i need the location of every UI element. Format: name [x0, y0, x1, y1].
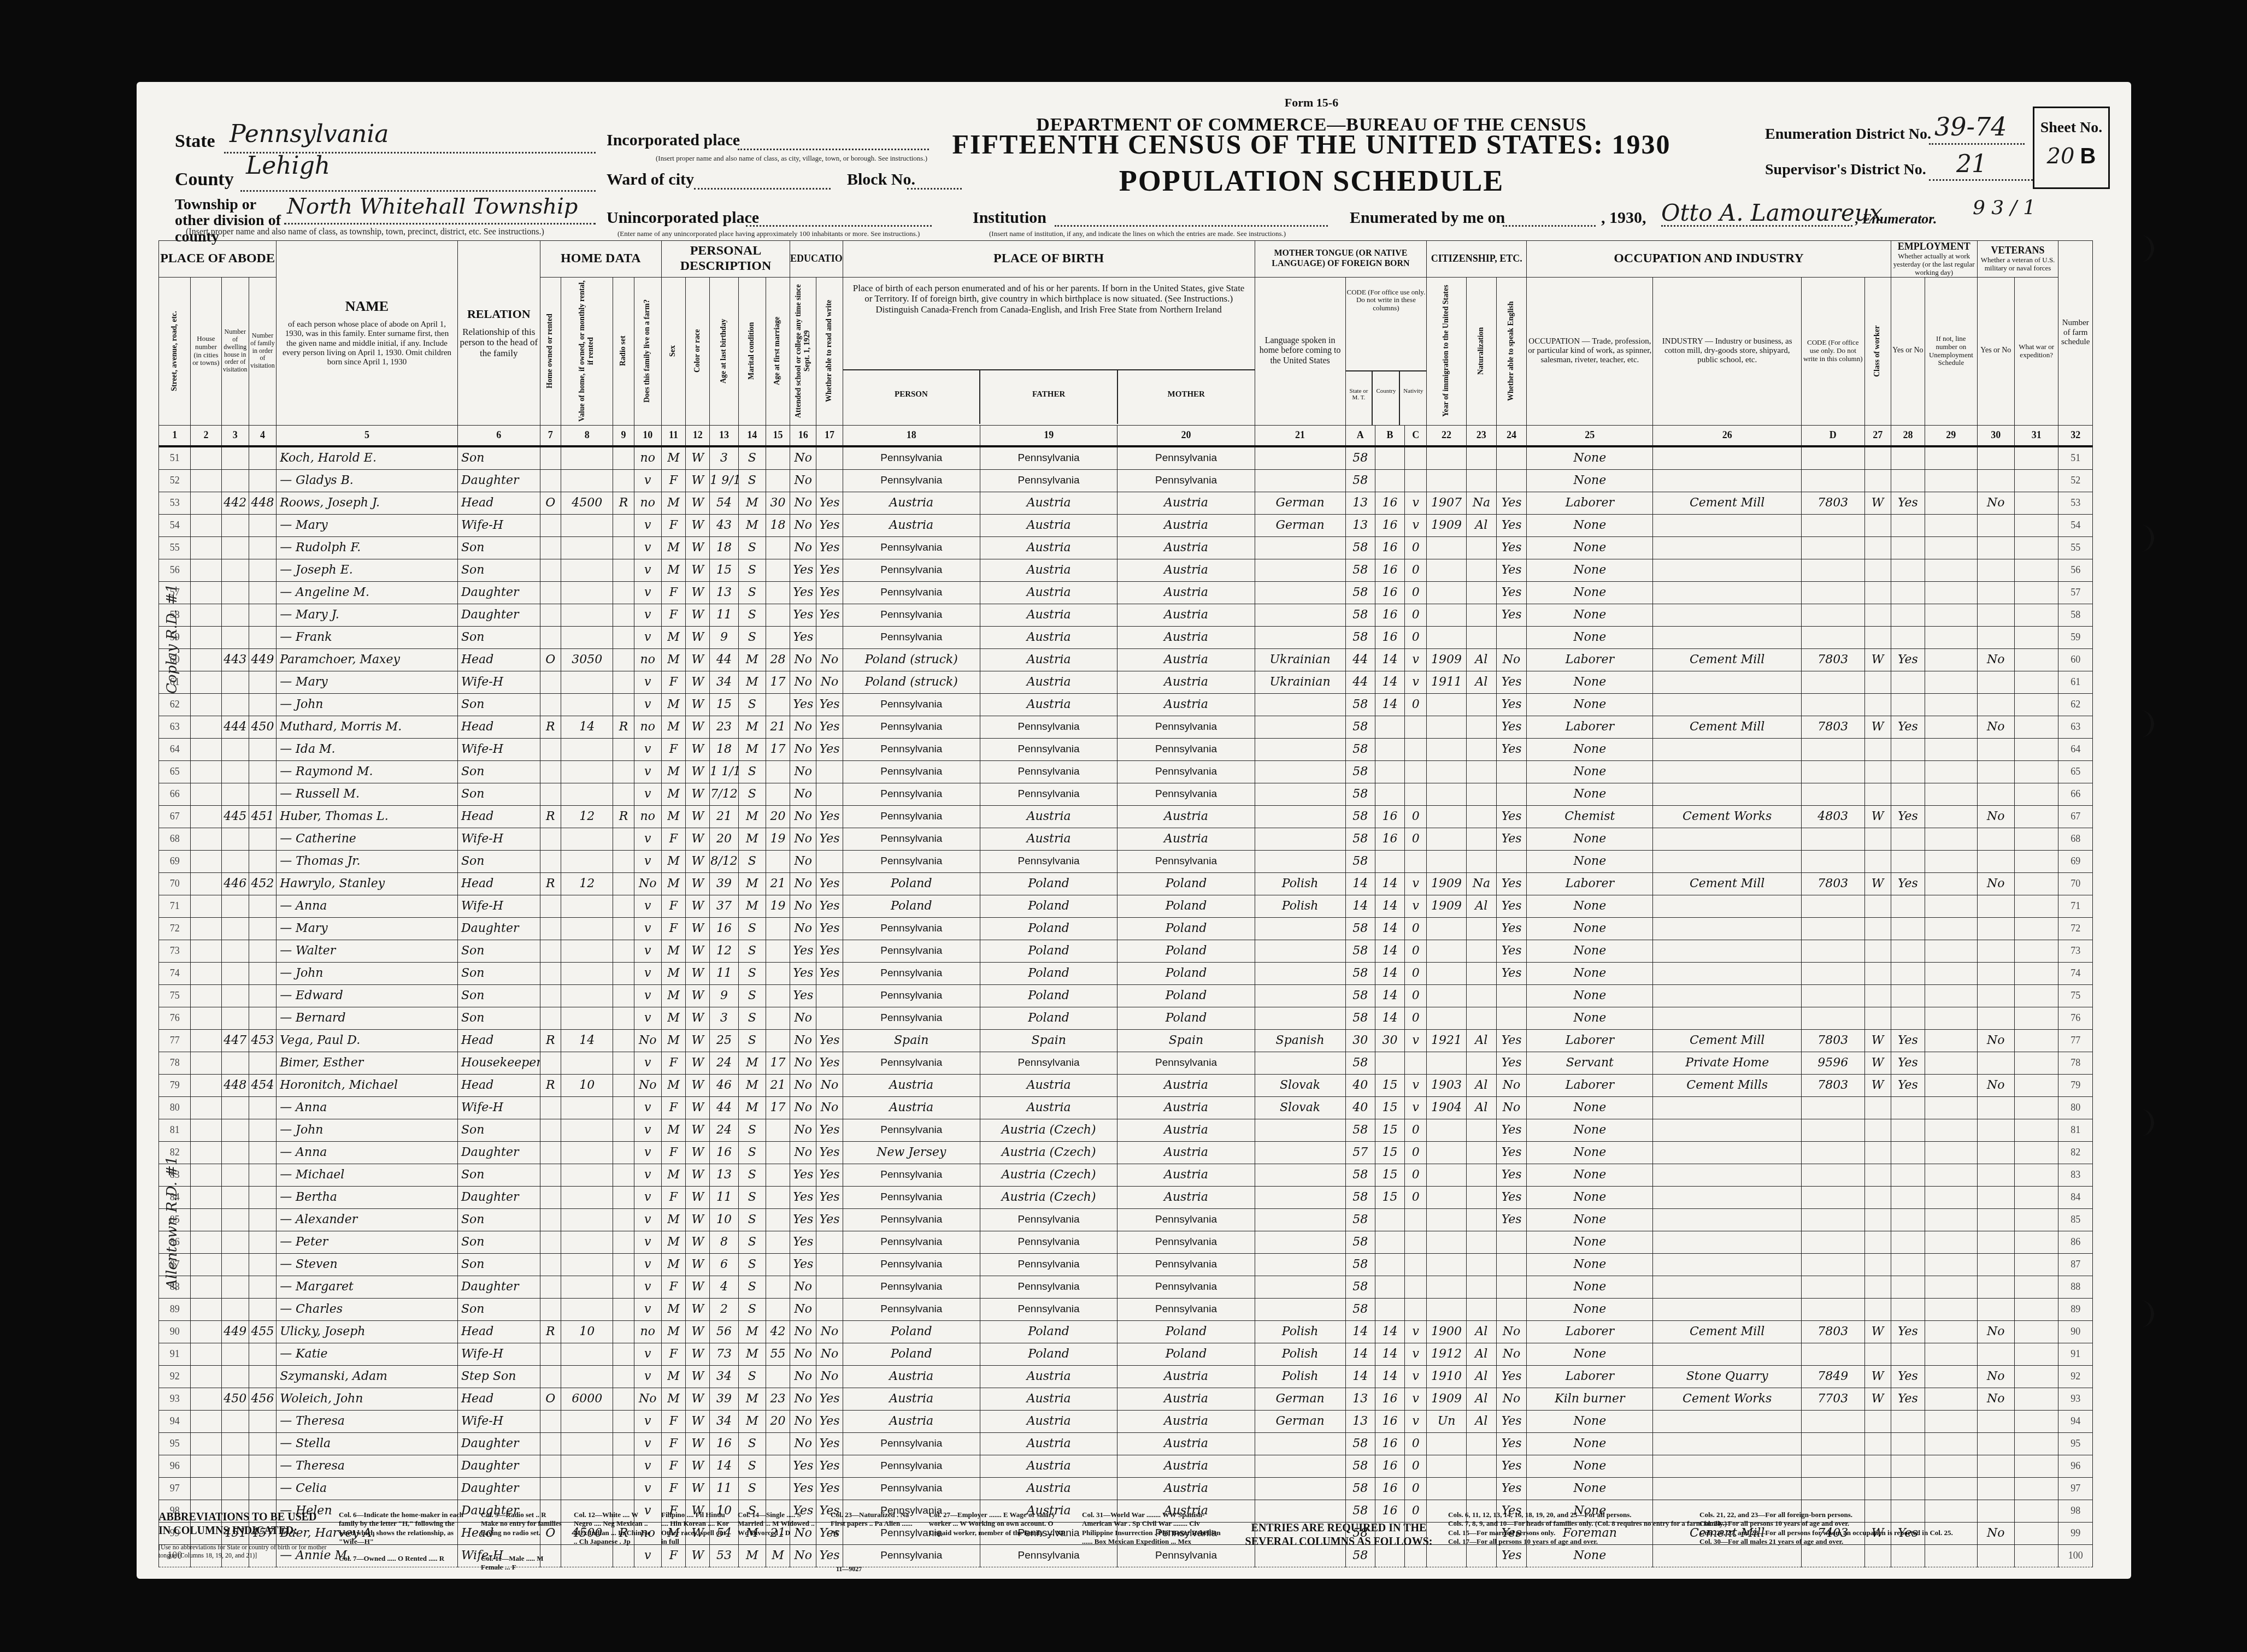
cell-agem: 20	[766, 805, 790, 828]
cell-imm	[1427, 446, 1466, 470]
entries-title: ENTRIES ARE REQUIRED IN THE SEVERAL COLU…	[1240, 1521, 1437, 1549]
cell-ind: Cement Mill	[1653, 492, 1801, 514]
cell-bpf: Austria	[980, 1074, 1117, 1096]
cell-agem	[766, 984, 790, 1007]
cell-war	[2014, 917, 2058, 940]
cell-dw	[221, 604, 249, 626]
cell-eng	[1496, 1007, 1526, 1029]
cell-name: — Celia	[277, 1477, 458, 1500]
cell-bpm: Austria	[1117, 1432, 1255, 1455]
cell-lang	[1255, 962, 1345, 984]
cell-own	[540, 1208, 561, 1231]
cell-nat	[1466, 1477, 1496, 1500]
column-number: A	[1345, 425, 1375, 446]
cell-mar: M	[738, 1074, 766, 1096]
cell-code	[1801, 783, 1864, 805]
cell-bp: Pennsylvania	[843, 850, 980, 872]
cell-imm	[1427, 1007, 1466, 1029]
cell-nat	[1466, 828, 1496, 850]
cell-street	[191, 559, 221, 581]
header-c10: Does this family live on a farm?	[634, 277, 661, 425]
cell-age: 43	[710, 514, 738, 536]
cell-street	[191, 1365, 221, 1388]
cell-cls	[1864, 1432, 1891, 1455]
cell-dw	[221, 895, 249, 917]
cell-farm: v	[634, 604, 661, 626]
cell-ind	[1653, 514, 1801, 536]
cell-unemp	[1925, 962, 1978, 984]
table-row: 87— StevenSonvMW6SYesPennsylvaniaPennsyl…	[159, 1253, 2093, 1276]
cell-ind	[1653, 693, 1801, 716]
cell-age: 11	[710, 1186, 738, 1208]
cell-farm: no	[634, 805, 661, 828]
table-row: 51Koch, Harold E.SonnoMW3SNoPennsylvania…	[159, 446, 2093, 470]
cell-bpf: Poland	[980, 1320, 1117, 1343]
cell-name: — Peter	[277, 1231, 458, 1253]
cell-code	[1801, 738, 1864, 760]
cell-c: 0	[1405, 984, 1427, 1007]
cell-dw	[221, 1298, 249, 1320]
cell-bpf: Austria	[980, 581, 1117, 604]
cell-cls: W	[1864, 1320, 1891, 1343]
header-c20: MOTHER	[1118, 370, 1255, 424]
cell-street	[191, 984, 221, 1007]
cell-mar: S	[738, 581, 766, 604]
cell-code	[1801, 1343, 1864, 1365]
cell-val	[561, 1164, 613, 1186]
cell-race: W	[686, 446, 710, 470]
cell-dw	[221, 1096, 249, 1119]
cell-line: 93	[159, 1388, 191, 1410]
abbr-col7: Col. 7—Owned ..... O Rented ..... R	[339, 1554, 470, 1563]
cell-sex: F	[661, 917, 685, 940]
cell-lang: Spanish	[1255, 1029, 1345, 1052]
cell-agem: 17	[766, 1052, 790, 1074]
cell-age: 73	[710, 1343, 738, 1365]
cell-unemp	[1925, 446, 1978, 470]
cell-lineR: 69	[2058, 850, 2093, 872]
cell-war	[2014, 1253, 2058, 1276]
cell-vet	[1977, 1186, 2014, 1208]
cell-bp: Pennsylvania	[843, 1298, 980, 1320]
cell-unemp	[1925, 984, 1978, 1007]
table-row: 75— EdwardSonvMW9SYesPennsylvaniaPolandP…	[159, 984, 2093, 1007]
cell-eng: Yes	[1496, 738, 1526, 760]
cell-b	[1375, 783, 1404, 805]
cell-rw: Yes	[816, 559, 843, 581]
cell-own	[540, 1231, 561, 1253]
cell-war	[2014, 446, 2058, 470]
cell-street	[191, 469, 221, 492]
cell-sex: M	[661, 1298, 685, 1320]
cell-age: 8/12	[710, 850, 738, 872]
cell-bpf: Austria (Czech)	[980, 1119, 1117, 1141]
cell-work	[1891, 1119, 1925, 1141]
cell-war	[2014, 984, 2058, 1007]
cell-unemp	[1925, 1141, 1978, 1164]
cell-fam	[249, 514, 276, 536]
cell-street	[191, 917, 221, 940]
cell-name: — Angeline M.	[277, 581, 458, 604]
cell-vet	[1977, 536, 2014, 559]
cell-unemp	[1925, 1298, 1978, 1320]
cell-lineR: 91	[2058, 1343, 2093, 1365]
cell-radio	[613, 469, 634, 492]
cell-c: 0	[1405, 828, 1427, 850]
cell-fam	[249, 1477, 276, 1500]
cell-occ: None	[1527, 626, 1653, 648]
cell-bpf: Poland	[980, 872, 1117, 895]
cell-own	[540, 1007, 561, 1029]
cell-sch: No	[790, 1410, 816, 1432]
cell-cls	[1864, 581, 1891, 604]
cell-rel: Son	[457, 446, 540, 470]
cell-rw: Yes	[816, 1164, 843, 1186]
cell-ind	[1653, 1410, 1801, 1432]
cell-radio	[613, 872, 634, 895]
cell-radio	[613, 693, 634, 716]
cell-own	[540, 446, 561, 470]
cell-mar: S	[738, 626, 766, 648]
cell-street	[191, 581, 221, 604]
cell-bpf: Pennsylvania	[980, 760, 1117, 783]
cell-occ: None	[1527, 1253, 1653, 1276]
cell-bpm: Pennsylvania	[1117, 1253, 1255, 1276]
cell-vet	[1977, 1477, 2014, 1500]
cell-race: W	[686, 492, 710, 514]
cell-bpf: Austria	[980, 536, 1117, 559]
cell-c	[1405, 1253, 1427, 1276]
cell-name: — John	[277, 962, 458, 984]
cell-eng	[1496, 1253, 1526, 1276]
cell-bpf: Austria	[980, 1388, 1117, 1410]
cell-farm: v	[634, 1141, 661, 1164]
cell-race: W	[686, 738, 710, 760]
cell-b: 16	[1375, 1477, 1404, 1500]
cell-lineR: 54	[2058, 514, 2093, 536]
cell-war	[2014, 783, 2058, 805]
cell-ind: Cement Mill	[1653, 1029, 1801, 1052]
group-veterans: VETERANSWhether a veteran of U.S. milita…	[1977, 241, 2058, 278]
cell-radio: R	[613, 805, 634, 828]
cell-farm: v	[634, 514, 661, 536]
cell-mar: M	[738, 1320, 766, 1343]
cell-dw	[221, 1276, 249, 1298]
cell-nat	[1466, 1276, 1496, 1298]
cell-sex: F	[661, 1052, 685, 1074]
cell-sex: F	[661, 1410, 685, 1432]
cell-bpf: Austria	[980, 648, 1117, 671]
cell-unemp	[1925, 783, 1978, 805]
cell-occ: None	[1527, 1432, 1653, 1455]
cell-agem: 21	[766, 1074, 790, 1096]
cell-name: — Edward	[277, 984, 458, 1007]
cell-dw	[221, 1007, 249, 1029]
cell-work	[1891, 828, 1925, 850]
table-row: 71— AnnaWife-HvFW37M19NoYesPolandPolandP…	[159, 895, 2093, 917]
cell-street	[191, 1388, 221, 1410]
cell-ind: Cement Works	[1653, 805, 1801, 828]
cell-rel: Wife-H	[457, 1343, 540, 1365]
cell-ind: Private Home	[1653, 1052, 1801, 1074]
cell-name: Koch, Harold E.	[277, 446, 458, 470]
cell-rw: Yes	[816, 1455, 843, 1477]
cell-rw: No	[816, 1096, 843, 1119]
cell-val: 4500	[561, 492, 613, 514]
header-cC: Nativity	[1400, 371, 1426, 425]
cell-fam	[249, 760, 276, 783]
cell-cls	[1864, 469, 1891, 492]
cell-mar: S	[738, 962, 766, 984]
cell-vet: No	[1977, 1320, 2014, 1343]
cell-radio	[613, 514, 634, 536]
cell-a: 58	[1345, 940, 1375, 962]
cell-dw	[221, 917, 249, 940]
cell-eng: Yes	[1496, 559, 1526, 581]
cell-own	[540, 1455, 561, 1477]
cell-fam: 453	[249, 1029, 276, 1052]
header-c4: Number of family in order of visitation	[249, 277, 276, 425]
cell-line: 97	[159, 1477, 191, 1500]
cell-imm	[1427, 1164, 1466, 1186]
entries-list-1: Cols. 6, 11, 12, 13, 14, 16, 18, 19, 20,…	[1448, 1511, 1689, 1546]
cell-name: Horonitch, Michael	[277, 1074, 458, 1096]
cell-work	[1891, 1432, 1925, 1455]
cell-code	[1801, 446, 1864, 470]
cell-val	[561, 693, 613, 716]
cell-race: W	[686, 1186, 710, 1208]
cell-name: — Mary	[277, 917, 458, 940]
column-number: 25	[1527, 425, 1653, 446]
cell-a: 58	[1345, 1007, 1375, 1029]
institution-hint: (Insert name of institution, if any, and…	[989, 229, 1286, 238]
cell-lineR: 83	[2058, 1164, 2093, 1186]
cell-rel: Wife-H	[457, 1410, 540, 1432]
cell-farm: v	[634, 581, 661, 604]
cell-fam	[249, 1343, 276, 1365]
cell-name: — Anna	[277, 1096, 458, 1119]
cell-age: 1 1/12	[710, 760, 738, 783]
cell-farm: v	[634, 738, 661, 760]
cell-bpm: Austria	[1117, 1141, 1255, 1164]
sheet-label: Sheet No.	[2034, 119, 2108, 137]
cell-occ: None	[1527, 469, 1653, 492]
cell-rw	[816, 760, 843, 783]
cell-sch: No	[790, 1141, 816, 1164]
cell-agem: 20	[766, 1410, 790, 1432]
cell-unemp	[1925, 559, 1978, 581]
cell-cls	[1864, 1208, 1891, 1231]
cell-c: v	[1405, 514, 1427, 536]
census-sheet: State Pennsylvania County Lehigh Townshi…	[137, 82, 2131, 1579]
cell-lang: German	[1255, 514, 1345, 536]
cell-sex: M	[661, 1029, 685, 1052]
cell-nat	[1466, 940, 1496, 962]
cell-nat	[1466, 984, 1496, 1007]
cell-street	[191, 805, 221, 828]
cell-lineR: 56	[2058, 559, 2093, 581]
column-number-row: 123456789101112131415161718192021ABC2223…	[159, 425, 2093, 446]
cell-bpm: Austria	[1117, 492, 1255, 514]
table-row: 82— AnnaDaughtervFW16SNoYesNew JerseyAus…	[159, 1141, 2093, 1164]
cell-cls: W	[1864, 1388, 1891, 1410]
cell-occ: Laborer	[1527, 492, 1653, 514]
cell-line: 58	[159, 604, 191, 626]
cell-own	[540, 581, 561, 604]
cell-race: W	[686, 760, 710, 783]
table-row: 60443449Paramchoer, MaxeyHeadO3050noMW44…	[159, 648, 2093, 671]
column-number: 3	[221, 425, 249, 446]
cell-work: Yes	[1891, 1074, 1925, 1096]
cell-cls	[1864, 895, 1891, 917]
cell-sch: Yes	[790, 1477, 816, 1500]
cell-race: W	[686, 1365, 710, 1388]
cell-race: W	[686, 850, 710, 872]
cell-dw	[221, 984, 249, 1007]
cell-rw: No	[816, 1320, 843, 1343]
cell-mar: M	[738, 1052, 766, 1074]
cell-work	[1891, 1276, 1925, 1298]
cell-line: 76	[159, 1007, 191, 1029]
cell-unemp	[1925, 895, 1978, 917]
cell-vet	[1977, 783, 2014, 805]
cell-lineR: 60	[2058, 648, 2093, 671]
entries-list-2: Cols. 21, 22, and 23—For all foreign-bor…	[1699, 1511, 1940, 1546]
state-value: Pennsylvania	[230, 120, 389, 148]
cell-unemp	[1925, 1029, 1978, 1052]
cell-ind: Cement Mill	[1653, 1320, 1801, 1343]
cell-farm: v	[634, 1298, 661, 1320]
header-c26: INDUSTRY — Industry or business, as cott…	[1653, 277, 1801, 425]
cell-sch: Yes	[790, 559, 816, 581]
cell-occ: None	[1527, 1455, 1653, 1477]
cell-fam: 456	[249, 1388, 276, 1410]
cell-name: — Thomas Jr.	[277, 850, 458, 872]
enumerator-note: 9 3 / 1	[1973, 197, 2036, 219]
cell-own	[540, 693, 561, 716]
cell-eng: Yes	[1496, 671, 1526, 693]
cell-sch: Yes	[790, 940, 816, 962]
cell-code	[1801, 1141, 1864, 1164]
cell-line: 53	[159, 492, 191, 514]
header-c27: Class of worker	[1864, 277, 1891, 425]
table-row: 54— MaryWife-HvFW43M18NoYesAustriaAustri…	[159, 514, 2093, 536]
cell-imm	[1427, 1119, 1466, 1141]
cell-race: W	[686, 917, 710, 940]
cell-mar: S	[738, 1432, 766, 1455]
cell-occ: None	[1527, 940, 1653, 962]
cell-radio	[613, 1477, 634, 1500]
cell-radio	[613, 604, 634, 626]
cell-rel: Son	[457, 536, 540, 559]
cell-own	[540, 514, 561, 536]
ed-value: 39-74	[1934, 112, 2007, 141]
cell-agem	[766, 604, 790, 626]
cell-mar: M	[738, 514, 766, 536]
sd-label: Supervisor's District No.	[1765, 161, 1926, 179]
cell-cls	[1864, 1164, 1891, 1186]
cell-cls	[1864, 1477, 1891, 1500]
cell-lang: Polish	[1255, 1365, 1345, 1388]
cell-line: 59	[159, 626, 191, 648]
cell-vet	[1977, 1208, 2014, 1231]
cell-c: 0	[1405, 536, 1427, 559]
cell-farm: v	[634, 1276, 661, 1298]
column-number: 7	[540, 425, 561, 446]
cell-own	[540, 917, 561, 940]
column-number: 8	[561, 425, 613, 446]
cell-val	[561, 1365, 613, 1388]
cell-agem: 19	[766, 828, 790, 850]
cell-race: W	[686, 1164, 710, 1186]
cell-war	[2014, 1052, 2058, 1074]
cell-street	[191, 1231, 221, 1253]
cell-sch: No	[790, 1343, 816, 1365]
cell-street	[191, 1343, 221, 1365]
cell-nat	[1466, 469, 1496, 492]
cell-sex: F	[661, 581, 685, 604]
column-number: 2	[191, 425, 221, 446]
cell-bpf: Pennsylvania	[980, 716, 1117, 738]
cell-ind	[1653, 581, 1801, 604]
cell-imm	[1427, 469, 1466, 492]
cell-own	[540, 760, 561, 783]
cell-dw	[221, 536, 249, 559]
cell-val	[561, 1007, 613, 1029]
cell-fam	[249, 1298, 276, 1320]
cell-mar: S	[738, 1231, 766, 1253]
cell-unemp	[1925, 1186, 1978, 1208]
cell-imm	[1427, 962, 1466, 984]
cell-b	[1375, 1208, 1404, 1231]
cell-bpf: Pennsylvania	[980, 1276, 1117, 1298]
cell-lang	[1255, 738, 1345, 760]
cell-lang	[1255, 1477, 1345, 1500]
cell-eng: Yes	[1496, 536, 1526, 559]
cell-dw	[221, 1432, 249, 1455]
cell-code: 7803	[1801, 1074, 1864, 1096]
cell-b: 15	[1375, 1074, 1404, 1096]
cell-code	[1801, 1186, 1864, 1208]
cell-c: 0	[1405, 1186, 1427, 1208]
cell-code: 7803	[1801, 716, 1864, 738]
cell-lang	[1255, 828, 1345, 850]
cell-c: v	[1405, 1320, 1427, 1343]
cell-sch: No	[790, 783, 816, 805]
cell-rel: Son	[457, 1007, 540, 1029]
cell-agem	[766, 1432, 790, 1455]
cell-radio	[613, 783, 634, 805]
cell-occ: None	[1527, 581, 1653, 604]
cell-rw: No	[816, 1365, 843, 1388]
cell-war	[2014, 805, 2058, 828]
cell-lang	[1255, 626, 1345, 648]
cell-own	[540, 828, 561, 850]
cell-age: 39	[710, 1388, 738, 1410]
cell-mar: M	[738, 1388, 766, 1410]
cell-sex: M	[661, 1119, 685, 1141]
cell-a: 58	[1345, 1052, 1375, 1074]
cell-bpm: Pennsylvania	[1117, 1231, 1255, 1253]
cell-dw	[221, 469, 249, 492]
cell-code	[1801, 626, 1864, 648]
cell-line: 79	[159, 1074, 191, 1096]
cell-own: R	[540, 1320, 561, 1343]
cell-val	[561, 559, 613, 581]
cell-cls	[1864, 1186, 1891, 1208]
cell-age: 21	[710, 805, 738, 828]
cell-mar: M	[738, 671, 766, 693]
